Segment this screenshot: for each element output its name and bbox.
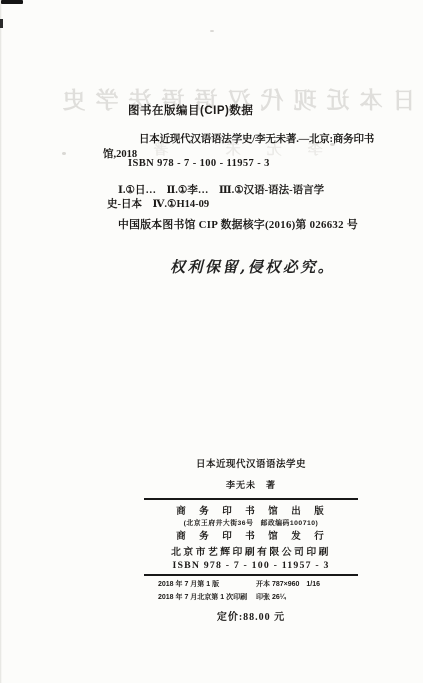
cip-record-number: 中国版本图书馆 CIP 数据核字(2016)第 026632 号: [118, 217, 358, 232]
publisher-address: (北京王府井大街36号 邮政编码100710): [144, 517, 358, 527]
divider-rule-bottom: [144, 574, 358, 576]
edition-row-2: 2018 年 7 月北京第 1 次印刷 印张 26¼: [144, 592, 358, 602]
colophon-block: 日本近现代汉语语法学史 李无未 著 商 务 印 书 馆 出 版 (北京王府井大街…: [144, 456, 358, 623]
cip-bibliographic-line-1: 日本近现代汉语语法学史/李无未著.—北京:商务印书: [139, 131, 374, 146]
edition-row-1: 2018 年 7 月第 1 版 开本 787×960 1/16: [144, 579, 358, 589]
edition-date: 2018 年 7 月第 1 版: [158, 579, 219, 589]
printing-date: 2018 年 7 月北京第 1 次印刷: [158, 592, 247, 602]
scan-speckle: [62, 152, 66, 155]
book-copyright-page: 日本近现代汉语语法学史 李无未 著 图书在版编目(CIP)数据 日本近现代汉语语…: [0, 0, 423, 683]
cip-heading: 图书在版编目(CIP)数据: [128, 102, 253, 118]
printer-line: 北京市艺辉印刷有限公司印刷: [144, 544, 358, 558]
distributor-line: 商 务 印 书 馆 发 行: [144, 528, 358, 542]
printed-sheets: 印张 26¼: [256, 592, 286, 602]
divider-rule-top: [144, 498, 358, 500]
scan-edge-shadow: [0, 0, 2, 683]
scan-artifact-mark: [0, 19, 3, 28]
book-author: 李无未 著: [144, 478, 358, 491]
book-title: 日本近现代汉语语法学史: [144, 456, 358, 470]
scan-artifact-mark: [1, 0, 23, 4]
scan-speckle: [330, 143, 335, 146]
publisher-line: 商 务 印 书 馆 出 版: [144, 503, 358, 517]
scan-speckle: [210, 30, 214, 32]
cip-classification-line-1: Ⅰ.①日… Ⅱ.①李… Ⅲ.①汉语-语法-语言学: [118, 182, 324, 197]
book-format: 开本 787×960 1/16: [256, 579, 320, 589]
rights-notice: 权利保留,侵权必究。: [170, 256, 335, 277]
cip-isbn: ISBN 978 - 7 - 100 - 11957 - 3: [128, 158, 270, 169]
cip-classification-line-2: 史-日本 Ⅳ.①H14-09: [107, 196, 209, 211]
colophon-isbn: ISBN 978 - 7 - 100 - 11957 - 3: [144, 560, 358, 571]
price: 定价:88.00 元: [144, 608, 358, 623]
